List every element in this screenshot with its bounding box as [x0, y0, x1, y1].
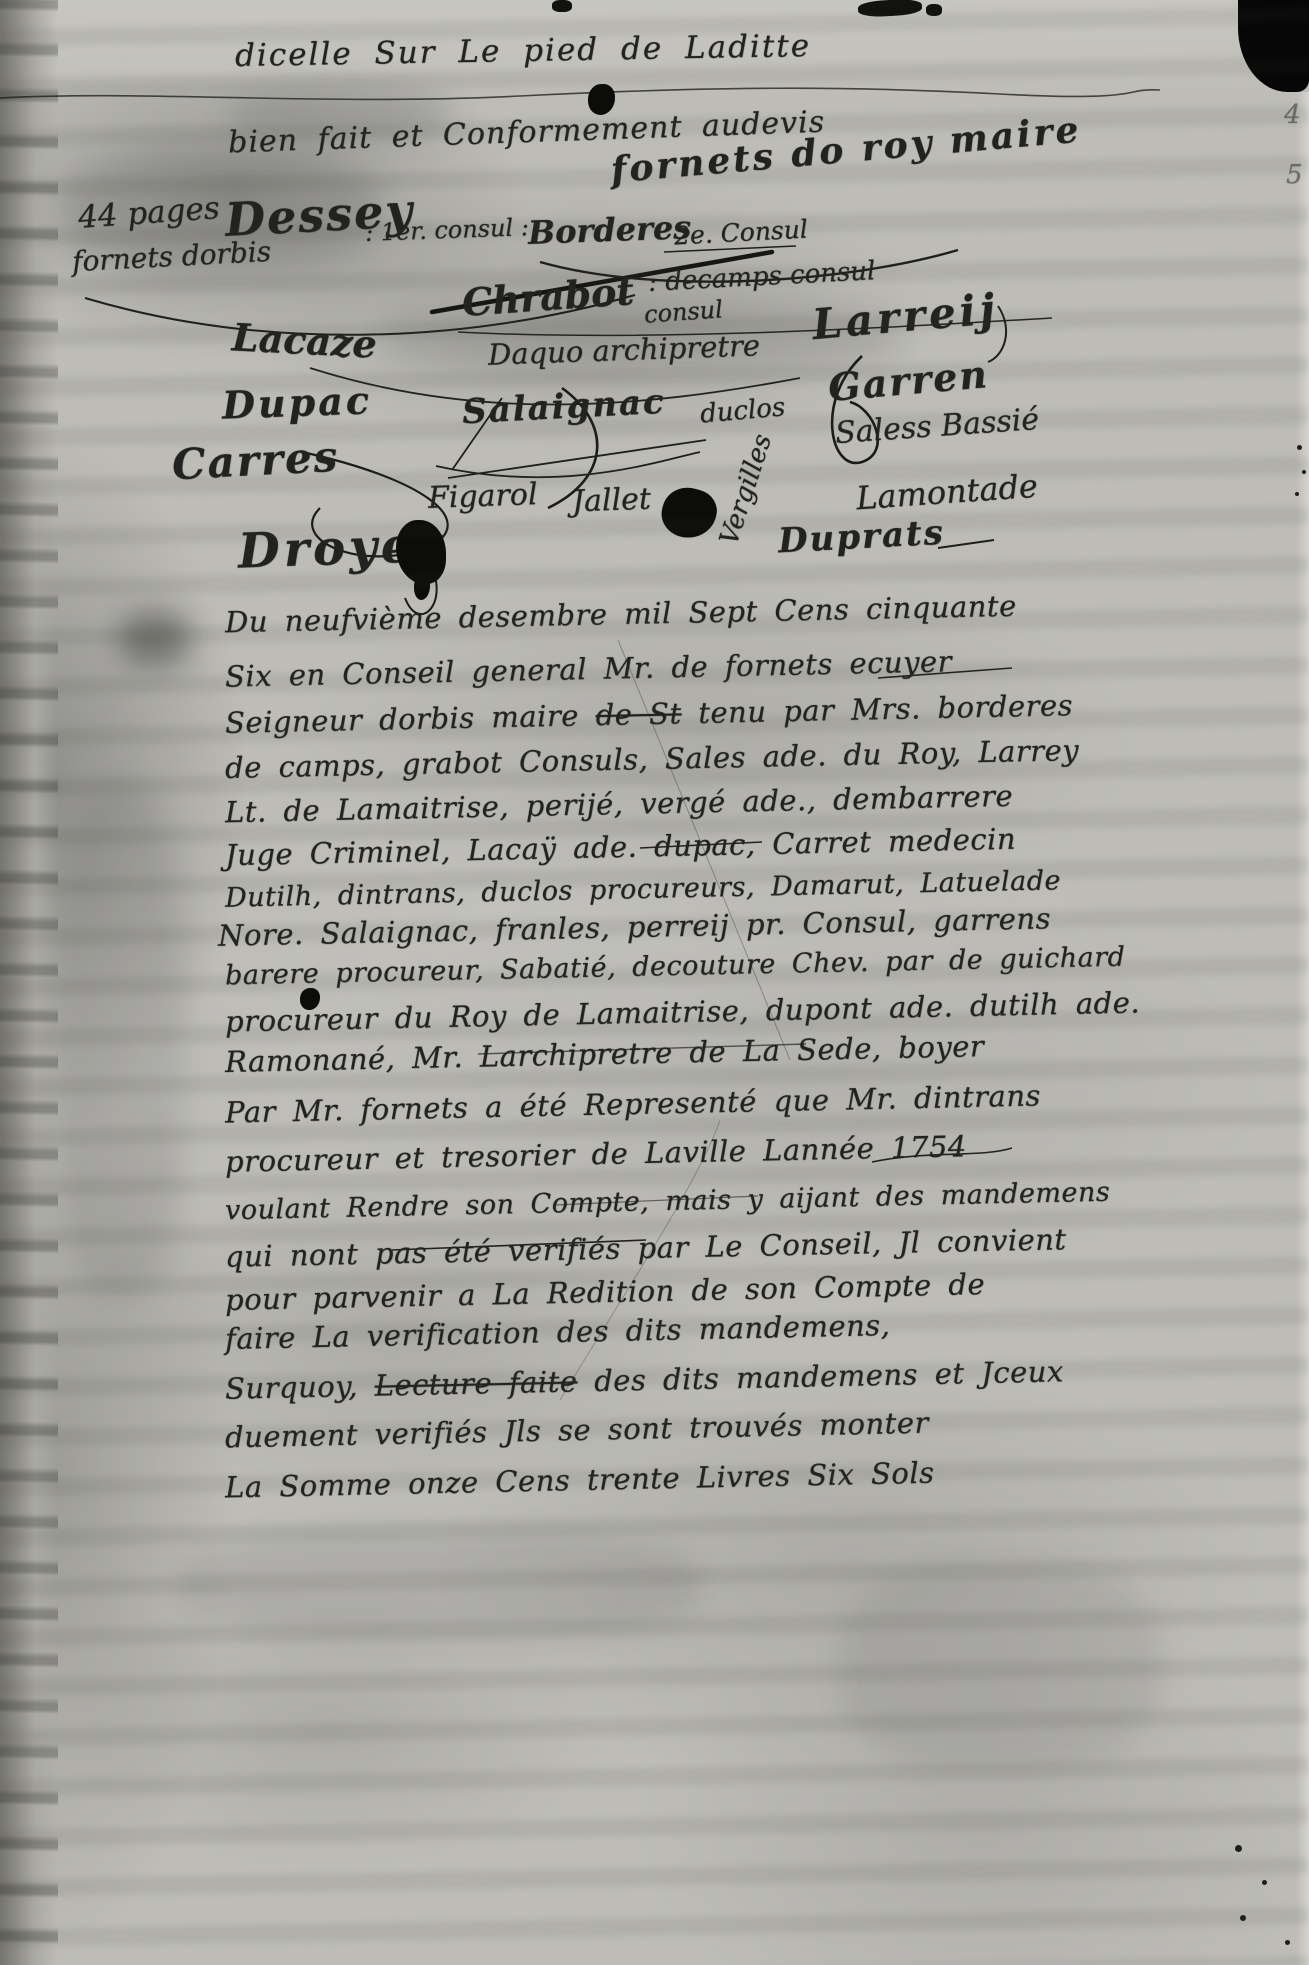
body-line: procureur et tresorier de Laville Lannée… — [225, 1132, 967, 1177]
body-line: Par Mr. fornets a été Representé que Mr.… — [225, 1081, 1041, 1127]
body-line: voulant Rendre son Compte, mais y aijant… — [225, 1179, 1111, 1225]
signature-salaignac: Salaignac — [461, 385, 666, 430]
signature-jallet: Jallet — [572, 485, 652, 518]
body-text: Surquoy, — [225, 1369, 375, 1406]
corner-speckle — [1262, 1880, 1267, 1885]
ink-smudge — [180, 1530, 700, 1640]
ink-blot — [656, 482, 721, 544]
duprats-dash — [938, 540, 994, 548]
body-text: des dits mandemens et Jceux — [577, 1354, 1064, 1398]
body-line: de camps, grabot Consuls, Sales ade. du … — [225, 736, 1080, 783]
body-line: Ramonané, Mr. Larchipretre de La Sede, b… — [225, 1032, 985, 1077]
body-line: La Somme onze Cens trente Livres Six Sol… — [225, 1459, 935, 1503]
edge-folio-digit: 4 — [1284, 102, 1301, 128]
title-deuxieme-consul: 2e. Consul — [673, 217, 808, 249]
signature-decamps: : decamps consul — [647, 258, 875, 296]
signature-figarol: Figarol — [428, 480, 538, 514]
body-line: Juge Criminel, Lacaÿ ade. dupac, Carret … — [225, 825, 1017, 871]
body-line: barere procureur, Sabatié, decouture Che… — [225, 944, 1126, 990]
signature-chrabot: Chrabot — [461, 272, 635, 322]
signature-dupac: Dupac — [221, 381, 372, 424]
edge-speckle — [1302, 470, 1306, 474]
corner-speckle — [1285, 1940, 1290, 1945]
body-line: Surquoy, Lecture faite des dits mandemen… — [225, 1357, 1064, 1404]
edge-folio-digit: 5 — [1286, 162, 1303, 188]
body-line: qui nont pas été verifiés par Le Conseil… — [225, 1225, 1067, 1272]
signature-saless-bassie: Saless Bassié — [834, 405, 1040, 449]
body-line: Six en Conseil general Mr. de fornets ec… — [225, 647, 952, 691]
ink-blot — [414, 574, 430, 600]
signature-duclos: duclos — [699, 394, 786, 427]
struck-text: Lecture faite — [374, 1364, 578, 1402]
body-line: faire La verification des dits mandemens… — [225, 1311, 891, 1354]
ink-smudge — [120, 612, 190, 666]
body-text: Seigneur dorbis maire — [225, 698, 596, 740]
ink-smudge — [840, 1560, 1160, 1770]
signature-larrey: Larreij — [811, 288, 1001, 346]
edge-speckle — [1297, 445, 1302, 450]
title-premier-consul: : 1er. consul : — [365, 215, 530, 245]
signature-lamontade: Lamontade — [855, 470, 1039, 515]
signature-vergilles: Vergilles — [716, 431, 776, 548]
manuscript-page: dicelle Sur Le pied de Laditte bien fait… — [0, 0, 1309, 1965]
body-line: duement verifiés Jls se sont trouvés mon… — [225, 1409, 929, 1453]
signature-carres: Carres — [171, 436, 340, 487]
corner-speckle — [1240, 1915, 1246, 1921]
ink-smudge — [55, 780, 185, 1300]
signature-borderes: Borderes — [527, 211, 691, 249]
body-line: Seigneur dorbis maire de St tenu par Mrs… — [225, 691, 1073, 738]
body-line: Du neufvième desembre mil Sept Cens cinq… — [225, 592, 1017, 638]
body-text: tenu par Mrs. borderes — [681, 688, 1073, 730]
page-right-edge — [1296, 92, 1309, 1965]
body-line: Lt. de Lamaitrise, perijé, vergé ade., d… — [225, 782, 1014, 827]
signature-duprats: Duprats — [777, 516, 945, 559]
title-chrabot-consul: consul — [643, 297, 723, 326]
book-binding — [0, 0, 58, 1965]
body-line: procureur du Roy de Lamaitrise, dupont a… — [225, 988, 1141, 1036]
edge-speckle — [1295, 492, 1299, 496]
top-edge-mark — [926, 4, 942, 16]
signature-garren: Garren — [827, 355, 991, 407]
ink-blot — [588, 84, 615, 115]
top-edge-mark — [552, 0, 572, 12]
struck-text: de St — [595, 696, 682, 732]
signature-lacaze: Lacaze — [231, 318, 378, 364]
corner-speckle — [1235, 1845, 1242, 1852]
